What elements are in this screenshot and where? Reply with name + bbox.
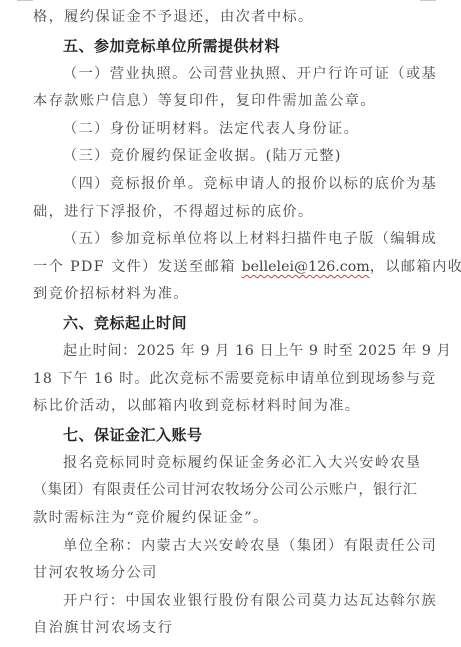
- paragraph-line: （集团）有限责任公司甘河农牧场分公司公示账户，银行汇: [33, 477, 421, 505]
- line-text: ，以邮箱内收: [370, 259, 461, 275]
- paragraph-line: 本存款账户信息）等复印件，复印件需加盖公章。: [33, 88, 421, 116]
- email-address[interactable]: bellelei@126.com: [242, 259, 370, 275]
- document-page: 格，履约保证金不予退还，由次者中标。 五、参加竞标单位所需提供材料 （一）营业执…: [33, 4, 421, 643]
- page-margin-marker-left: [17, 0, 33, 1]
- paragraph-line: 格，履约保证金不予退还，由次者中标。: [33, 4, 421, 32]
- paragraph-line: 础，进行下浮报价，不得超过标的底价。: [33, 199, 421, 227]
- paragraph-line: （四）竞标报价单。竞标申请人的报价以标的底价为基: [33, 171, 421, 199]
- paragraph-line-unit-name: 单位全称：内蒙古大兴安岭农垦（集团）有限责任公司: [33, 533, 421, 561]
- paragraph-line: 起止时间：2025 年 9 月 16 日上午 9 时至 2025 年 9 月: [33, 338, 421, 366]
- paragraph-line: 报名竞标同时竞标履约保证金务必汇入大兴安岭农垦: [33, 450, 421, 478]
- paragraph-line: （三）竞价履约保证金收据。(陆万元整): [33, 143, 421, 171]
- paragraph-line: 自治旗甘河农场支行: [33, 615, 421, 643]
- paragraph-line: 甘河农牧场分公司: [33, 560, 421, 588]
- paragraph-line: 标比价活动，以邮箱内收到竞标材料时间为准。: [33, 393, 421, 421]
- paragraph-line: （五）参加竞标单位将以上材料扫描件电子版（编辑成: [33, 226, 421, 254]
- page-margin-marker-right: [420, 0, 436, 1]
- paragraph-line-email: 一个 PDF 文件）发送至邮箱 bellelei@126.com，以邮箱内收: [33, 254, 421, 282]
- paragraph-line-bank: 开户行：中国农业银行股份有限公司莫力达瓦达斡尔族: [33, 588, 421, 616]
- paragraph-line: 款时需标注为“竞价履约保证金”。: [33, 505, 421, 533]
- line-text: 一个 PDF 文件）发送至邮箱: [33, 259, 242, 275]
- paragraph-line: （一）营业执照。公司营业执照、开户行许可证（或基: [33, 61, 421, 89]
- paragraph-line: 到竞价招标材料为准。: [33, 281, 421, 309]
- section-heading-materials: 五、参加竞标单位所需提供材料: [33, 32, 421, 61]
- section-heading-deposit-account: 七、保证金汇入账号: [33, 421, 421, 450]
- paragraph-line: （二）身份证明材料。法定代表人身份证。: [33, 116, 421, 144]
- line-text: 格，履约保证金不予退还，由次者中标。: [33, 4, 314, 32]
- section-heading-time: 六、竞标起止时间: [33, 309, 421, 338]
- paragraph-line: 18 下午 16 时。此次竞标不需要竞标申请单位到现场参与竞: [33, 366, 421, 394]
